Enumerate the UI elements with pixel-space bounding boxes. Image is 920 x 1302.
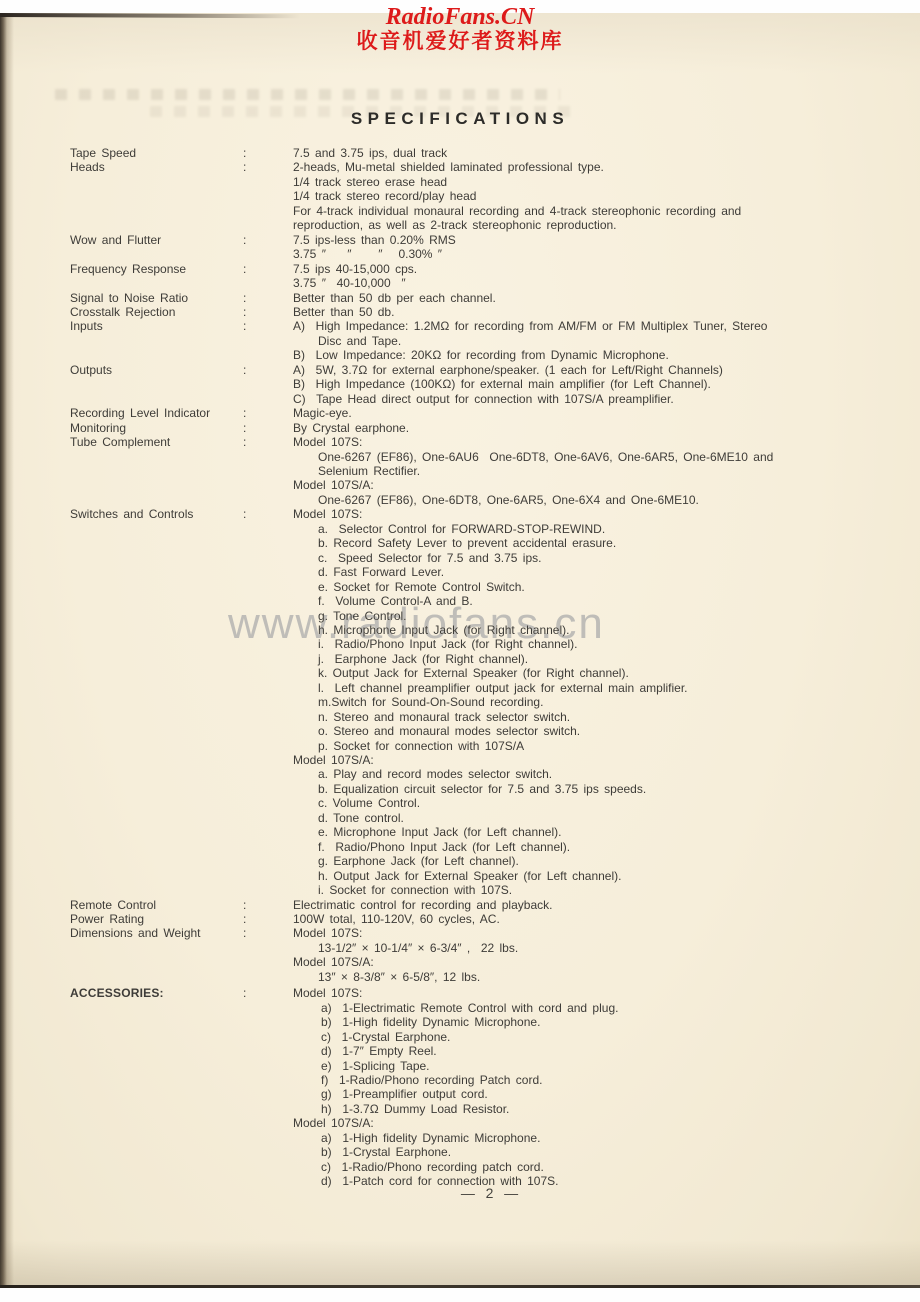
spec-line: B) High Impedance (100KΩ) for external m…: [293, 377, 876, 391]
spec-value: Model 107S:a. Selector Control for FORWA…: [293, 507, 876, 897]
spec-line: a. Selector Control for FORWARD-STOP-REW…: [293, 522, 876, 536]
spec-line: 7.5 and 3.75 ips, dual track: [293, 146, 876, 160]
spec-line: c) 1-Crystal Earphone.: [293, 1030, 876, 1044]
spec-line: e. Microphone Input Jack (for Left chann…: [293, 825, 876, 839]
spec-line: Better than 50 db.: [293, 305, 876, 319]
spec-value: By Crystal earphone.: [293, 421, 876, 435]
page-title: SPECIFICATIONS: [0, 109, 920, 129]
spec-line: For 4-track individual monaural recordin…: [293, 204, 876, 218]
spec-line: 7.5 ips-less than 0.20% RMS: [293, 233, 876, 247]
spec-value: 7.5 ips 40-15,000 cps.3.75 ″ 40-10,000 ″: [293, 262, 876, 291]
spec-line: By Crystal earphone.: [293, 421, 876, 435]
spec-row: Dimensions and Weight:Model 107S:13-1/2″…: [70, 926, 876, 984]
spec-line: k. Output Jack for External Speaker (for…: [293, 666, 876, 680]
spec-value: Model 107S:One-6267 (EF86), One-6AU6 One…: [293, 435, 876, 507]
spec-line: A) 5W, 3.7Ω for external earphone/speake…: [293, 363, 876, 377]
spec-value: Model 107S:a) 1-Electrimatic Remote Cont…: [293, 986, 876, 1188]
spec-colon: :: [243, 319, 293, 362]
spec-line: Selenium Rectifier.: [293, 464, 876, 478]
spec-label: Wow and Flutter: [70, 233, 243, 262]
spec-row: Frequency Response:7.5 ips 40-15,000 cps…: [70, 262, 876, 291]
spec-colon: :: [243, 363, 293, 406]
spec-line: Disc and Tape.: [293, 334, 876, 348]
spec-row: Signal to Noise Ratio:Better than 50 db …: [70, 291, 876, 305]
spec-line: Model 107S/A:: [293, 1116, 876, 1130]
spec-label: Switches and Controls: [70, 507, 243, 897]
spec-value: A) 5W, 3.7Ω for external earphone/speake…: [293, 363, 876, 406]
spec-line: f. Radio/Phono Input Jack (for Left chan…: [293, 840, 876, 854]
spec-line: One-6267 (EF86), One-6AU6 One-6DT8, One-…: [293, 450, 876, 464]
spec-value: 7.5 ips-less than 0.20% RMS3.75 ″ ″ ″ 0.…: [293, 233, 876, 262]
spec-colon: :: [243, 421, 293, 435]
spec-line: Model 107S:: [293, 926, 876, 940]
spec-line: 100W total, 110-120V, 60 cycles, AC.: [293, 912, 876, 926]
spec-line: n. Stereo and monaural track selector sw…: [293, 710, 876, 724]
spec-line: reproduction, as well as 2-track stereop…: [293, 218, 876, 232]
spec-line: o. Stereo and monaural modes selector sw…: [293, 724, 876, 738]
spec-label: Outputs: [70, 363, 243, 406]
spec-line: h. Output Jack for External Speaker (for…: [293, 869, 876, 883]
spec-row: ACCESSORIES::Model 107S:a) 1-Electrimati…: [70, 986, 876, 1188]
spec-row: Remote Control:Electrimatic control for …: [70, 898, 876, 912]
spec-label: Crosstalk Rejection: [70, 305, 243, 319]
spec-colon: :: [243, 291, 293, 305]
spec-line: d) 1-7″ Empty Reel.: [293, 1044, 876, 1058]
spec-colon: :: [243, 305, 293, 319]
spec-line: Model 107S:: [293, 507, 876, 521]
spec-line: g. Earphone Jack (for Left channel).: [293, 854, 876, 868]
spec-line: Model 107S:: [293, 986, 876, 1000]
spec-value: 2-heads, Mu-metal shielded laminated pro…: [293, 160, 876, 232]
spec-line: Model 107S/A:: [293, 955, 876, 969]
bleed-through-smudge: [55, 89, 560, 100]
spec-row: Tape Speed:7.5 and 3.75 ips, dual track: [70, 146, 876, 160]
spec-line: h) 1-3.7Ω Dummy Load Resistor.: [293, 1102, 876, 1116]
spec-table: Tape Speed:7.5 and 3.75 ips, dual trackH…: [70, 146, 876, 1189]
spec-colon: :: [243, 233, 293, 262]
spec-line: b. Equalization circuit selector for 7.5…: [293, 782, 876, 796]
spec-line: b) 1-High fidelity Dynamic Microphone.: [293, 1015, 876, 1029]
spec-line: e. Socket for Remote Control Switch.: [293, 580, 876, 594]
spec-row: Crosstalk Rejection:Better than 50 db.: [70, 305, 876, 319]
scan-left-edge: [0, 13, 14, 1288]
spec-value: A) High Impedance: 1.2MΩ for recording f…: [293, 319, 876, 362]
spec-line: c. Speed Selector for 7.5 and 3.75 ips.: [293, 551, 876, 565]
spec-line: a. Play and record modes selector switch…: [293, 767, 876, 781]
scan-bottom-edge: [0, 1285, 920, 1288]
spec-line: Electrimatic control for recording and p…: [293, 898, 876, 912]
spec-line: c) 1-Radio/Phono recording patch cord.: [293, 1160, 876, 1174]
spec-value: Magic-eye.: [293, 406, 876, 420]
spec-value: 7.5 and 3.75 ips, dual track: [293, 146, 876, 160]
spec-line: Model 107S/A:: [293, 478, 876, 492]
spec-row: Recording Level Indicator:Magic-eye.: [70, 406, 876, 420]
watermark: www.radiofans.cn: [228, 599, 605, 649]
spec-line: 13″ × 8-3/8″ × 6-5/8″, 12 lbs.: [293, 970, 876, 984]
site-header: RadioFans.CN 收音机爱好者资料库: [0, 5, 920, 53]
spec-row: Switches and Controls:Model 107S:a. Sele…: [70, 507, 876, 897]
spec-line: One-6267 (EF86), One-6DT8, One-6AR5, One…: [293, 493, 876, 507]
spec-line: Model 107S:: [293, 435, 876, 449]
spec-colon: :: [243, 912, 293, 926]
spec-line: Model 107S/A:: [293, 753, 876, 767]
site-subtitle: 收音机爱好者资料库: [0, 30, 920, 53]
spec-line: p. Socket for connection with 107S/A: [293, 739, 876, 753]
scan-bottom-shade: [0, 1240, 920, 1286]
spec-line: f) 1-Radio/Phono recording Patch cord.: [293, 1073, 876, 1087]
spec-label: Tape Speed: [70, 146, 243, 160]
spec-label: Dimensions and Weight: [70, 926, 243, 984]
spec-line: a) 1-Electrimatic Remote Control with co…: [293, 1001, 876, 1015]
page-number: — 2 —: [30, 1185, 920, 1201]
spec-label: Power Rating: [70, 912, 243, 926]
spec-line: 7.5 ips 40-15,000 cps.: [293, 262, 876, 276]
spec-line: 3.75 ″ 40-10,000 ″: [293, 276, 876, 290]
spec-value: Electrimatic control for recording and p…: [293, 898, 876, 912]
spec-line: 13-1/2″ × 10-1/4″ × 6-3/4″ , 22 lbs.: [293, 941, 876, 955]
spec-line: d. Tone control.: [293, 811, 876, 825]
spec-line: i. Socket for connection with 107S.: [293, 883, 876, 897]
spec-colon: :: [243, 406, 293, 420]
spec-value: 100W total, 110-120V, 60 cycles, AC.: [293, 912, 876, 926]
spec-colon: :: [243, 160, 293, 232]
spec-row: Monitoring:By Crystal earphone.: [70, 421, 876, 435]
spec-label: Monitoring: [70, 421, 243, 435]
spec-row: Outputs:A) 5W, 3.7Ω for external earphon…: [70, 363, 876, 406]
spec-colon: :: [243, 926, 293, 984]
spec-value: Better than 50 db.: [293, 305, 876, 319]
spec-line: b) 1-Crystal Earphone.: [293, 1145, 876, 1159]
spec-line: l. Left channel preamplifier output jack…: [293, 681, 876, 695]
site-name: RadioFans.CN: [0, 5, 920, 30]
spec-colon: :: [243, 986, 293, 1188]
spec-line: c. Volume Control.: [293, 796, 876, 810]
spec-label: Signal to Noise Ratio: [70, 291, 243, 305]
spec-line: 1/4 track stereo record/play head: [293, 189, 876, 203]
spec-line: B) Low Impedance: 20KΩ for recording fro…: [293, 348, 876, 362]
spec-line: d. Fast Forward Lever.: [293, 565, 876, 579]
spec-row: Inputs:A) High Impedance: 1.2MΩ for reco…: [70, 319, 876, 362]
spec-value: Better than 50 db per each channel.: [293, 291, 876, 305]
spec-line: b. Record Safety Lever to prevent accide…: [293, 536, 876, 550]
spec-line: Magic-eye.: [293, 406, 876, 420]
spec-line: 1/4 track stereo erase head: [293, 175, 876, 189]
spec-row: Tube Complement:Model 107S:One-6267 (EF8…: [70, 435, 876, 507]
spec-line: 3.75 ″ ″ ″ 0.30% ″: [293, 247, 876, 261]
spec-line: g) 1-Preamplifier output cord.: [293, 1087, 876, 1101]
spec-colon: :: [243, 507, 293, 897]
spec-label: Tube Complement: [70, 435, 243, 507]
spec-line: j. Earphone Jack (for Right channel).: [293, 652, 876, 666]
spec-line: a) 1-High fidelity Dynamic Microphone.: [293, 1131, 876, 1145]
spec-label: ACCESSORIES:: [70, 986, 243, 1188]
spec-colon: :: [243, 146, 293, 160]
spec-label: Remote Control: [70, 898, 243, 912]
spec-row: Heads:2-heads, Mu-metal shielded laminat…: [70, 160, 876, 232]
spec-row: Power Rating:100W total, 110-120V, 60 cy…: [70, 912, 876, 926]
spec-line: m.Switch for Sound-On-Sound recording.: [293, 695, 876, 709]
spec-line: C) Tape Head direct output for connectio…: [293, 392, 876, 406]
spec-label: Frequency Response: [70, 262, 243, 291]
spec-label: Inputs: [70, 319, 243, 362]
spec-colon: :: [243, 898, 293, 912]
spec-row: Wow and Flutter:7.5 ips-less than 0.20% …: [70, 233, 876, 262]
spec-value: Model 107S:13-1/2″ × 10-1/4″ × 6-3/4″ , …: [293, 926, 876, 984]
spec-colon: :: [243, 262, 293, 291]
spec-line: A) High Impedance: 1.2MΩ for recording f…: [293, 319, 876, 333]
spec-label: Recording Level Indicator: [70, 406, 243, 420]
spec-colon: :: [243, 435, 293, 507]
spec-label: Heads: [70, 160, 243, 232]
spec-line: e) 1-Splicing Tape.: [293, 1059, 876, 1073]
spec-line: 2-heads, Mu-metal shielded laminated pro…: [293, 160, 876, 174]
spec-line: Better than 50 db per each channel.: [293, 291, 876, 305]
